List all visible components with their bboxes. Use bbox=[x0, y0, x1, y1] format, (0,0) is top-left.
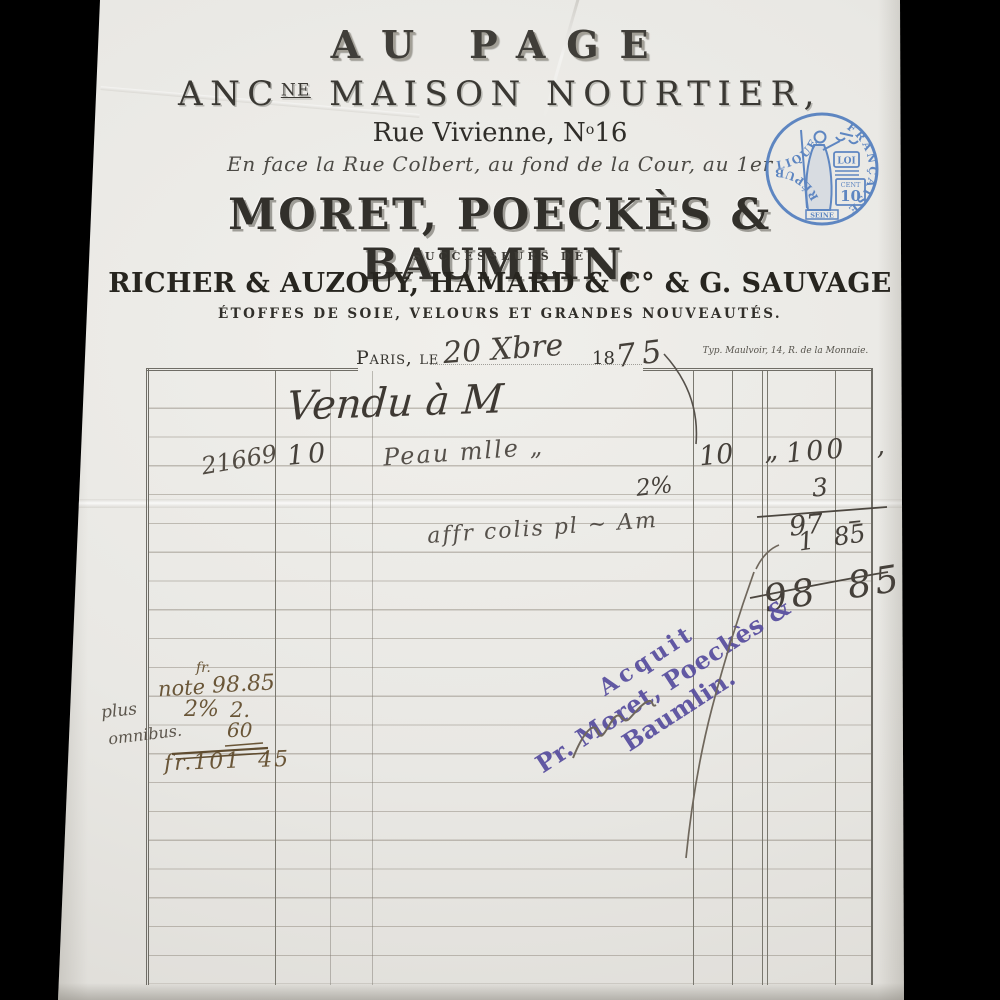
stamp-department: SEINE bbox=[810, 212, 834, 220]
invoice-paper: AU PAGE ANCNE MAISON NOURTIER, Rue Vivie… bbox=[0, 0, 1000, 1000]
paraph-stroke bbox=[686, 572, 754, 858]
note-total-rule-1 bbox=[172, 748, 268, 754]
year-descender-stroke bbox=[664, 354, 696, 444]
fiscal-stamp: RÉPUBLIQUE FRANÇAISE LOI CENT 10 SEINE bbox=[757, 104, 887, 234]
stamp-law-text: LOI bbox=[837, 157, 855, 167]
paraph-hook bbox=[756, 545, 779, 569]
signature-scribble bbox=[573, 701, 656, 758]
grand-total-rule bbox=[750, 572, 888, 598]
stamp-tablets: LOI CENT 10 bbox=[834, 152, 865, 205]
stamp-value: 10 bbox=[840, 187, 861, 205]
note-60-underline bbox=[225, 743, 263, 746]
subtotal-rule bbox=[757, 507, 887, 517]
